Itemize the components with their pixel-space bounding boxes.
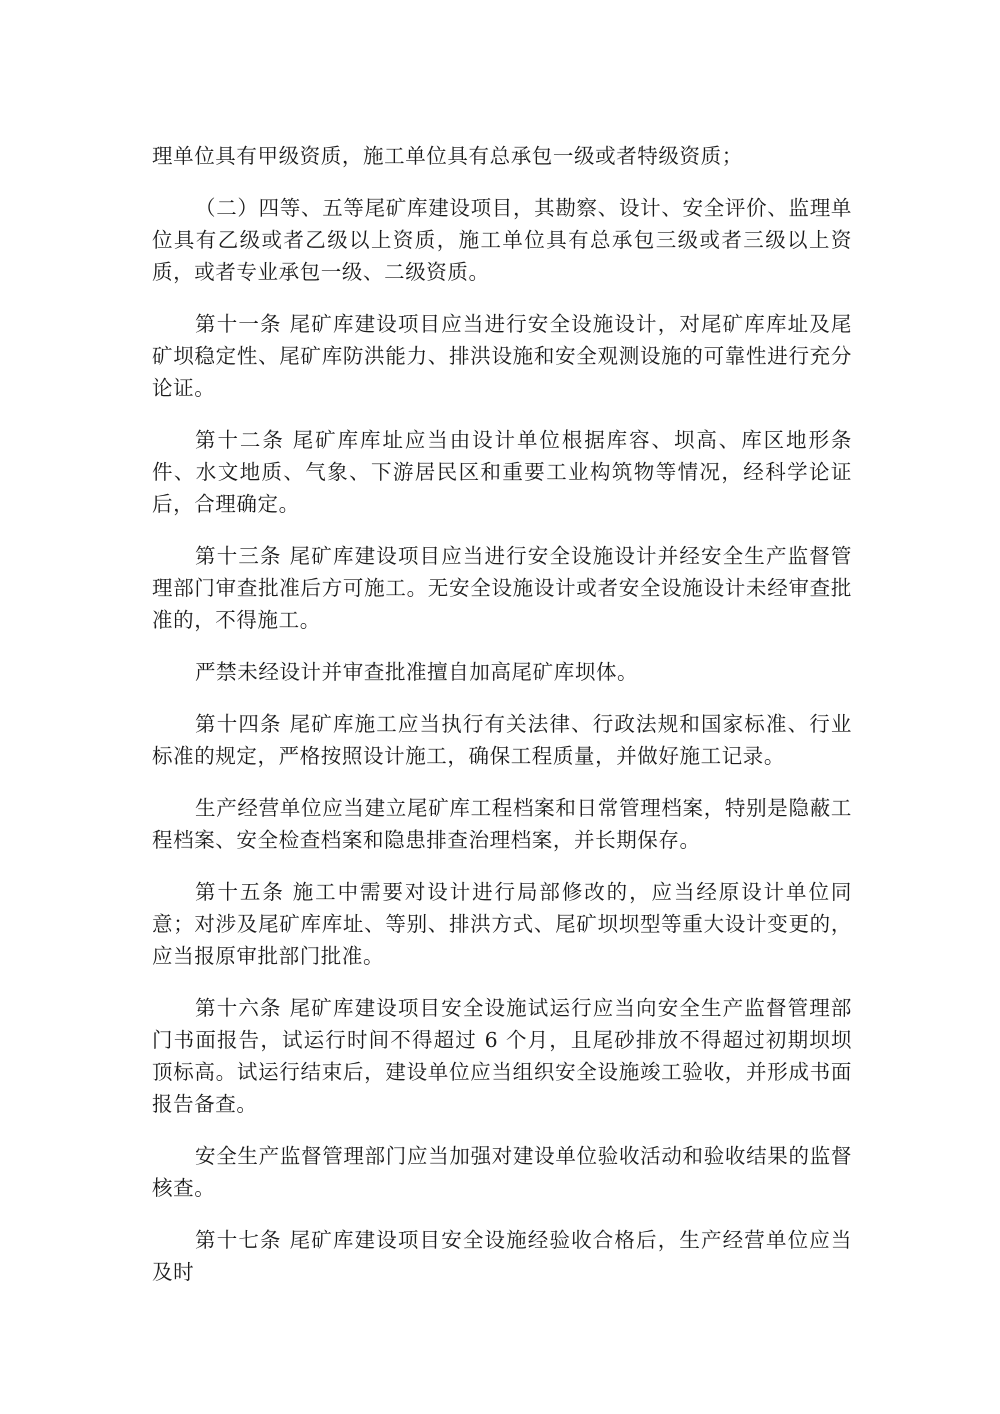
paragraph-text: 严禁未经设计并审查批准擅自加高尾矿库坝体。: [195, 660, 638, 684]
paragraph-article-14-sub: 生产经营单位应当建立尾矿库工程档案和日常管理档案，特别是隐蔽工程档案、安全检查档…: [152, 792, 852, 856]
paragraph-text: （二）四等、五等尾矿库建设项目，其勘察、设计、安全评价、监理单位具有乙级或者乙级…: [152, 196, 852, 284]
article-number: 第十三条: [195, 544, 282, 568]
paragraph-article-17: 第十七条尾矿库建设项目安全设施经验收合格后，生产经营单位应当及时: [152, 1224, 852, 1288]
paragraph-article-16-sub: 安全生产监督管理部门应当加强对建设单位验收活动和验收结果的监督核查。: [152, 1140, 852, 1204]
paragraph-article-13: 第十三条尾矿库建设项目应当进行安全设施设计并经安全生产监督管理部门审查批准后方可…: [152, 540, 852, 636]
article-number: 第十一条: [195, 312, 282, 336]
article-number: 第十四条: [195, 712, 282, 736]
article-number: 第十二条: [195, 428, 285, 452]
paragraph-text: 生产经营单位应当建立尾矿库工程档案和日常管理档案，特别是隐蔽工程档案、安全检查档…: [152, 796, 852, 852]
article-number: 第十六条: [195, 996, 282, 1020]
paragraph-article-12: 第十二条尾矿库库址应当由设计单位根据库容、坝高、库区地形条件、水文地质、气象、下…: [152, 424, 852, 520]
paragraph-article-13-sub: 严禁未经设计并审查批准擅自加高尾矿库坝体。: [152, 656, 852, 688]
paragraph-article-11: 第十一条尾矿库建设项目应当进行安全设施设计，对尾矿库库址及尾矿坝稳定性、尾矿库防…: [152, 308, 852, 404]
article-number: 第十七条: [195, 1228, 282, 1252]
paragraph-article-14: 第十四条尾矿库施工应当执行有关法律、行政法规和国家标准、行业标准的规定，严格按照…: [152, 708, 852, 772]
paragraph-continued: 理单位具有甲级资质，施工单位具有总承包一级或者特级资质；: [152, 140, 852, 172]
paragraph-article-16: 第十六条尾矿库建设项目安全设施试运行应当向安全生产监督管理部门书面报告，试运行时…: [152, 992, 852, 1120]
paragraph-text: 安全生产监督管理部门应当加强对建设单位验收活动和验收结果的监督核查。: [152, 1144, 852, 1200]
paragraph-clause-2: （二）四等、五等尾矿库建设项目，其勘察、设计、安全评价、监理单位具有乙级或者乙级…: [152, 192, 852, 288]
paragraph-text: 理单位具有甲级资质，施工单位具有总承包一级或者特级资质；: [152, 144, 743, 168]
paragraph-article-15: 第十五条施工中需要对设计进行局部修改的，应当经原设计单位同意；对涉及尾矿库库址、…: [152, 876, 852, 972]
article-number: 第十五条: [195, 880, 285, 904]
document-page: 理单位具有甲级资质，施工单位具有总承包一级或者特级资质； （二）四等、五等尾矿库…: [152, 140, 852, 1308]
